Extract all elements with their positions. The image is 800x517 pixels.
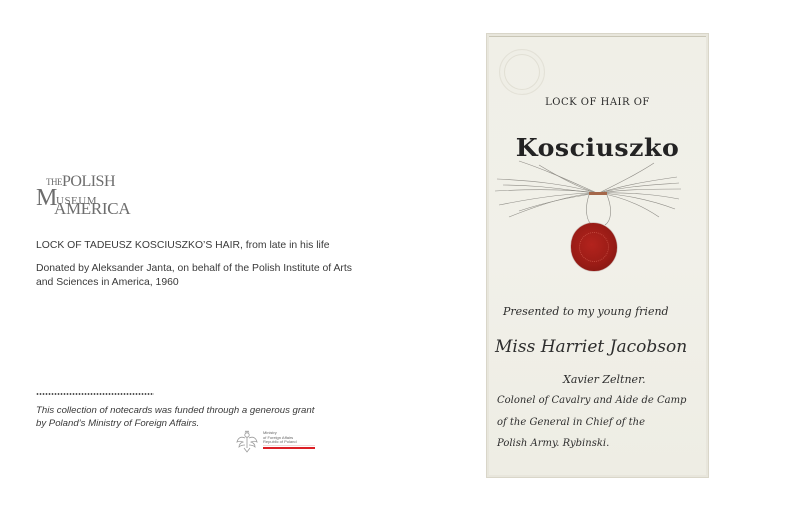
inscription-line: Xavier Zeltner. xyxy=(563,373,646,386)
logo-line-america: AMERICA xyxy=(54,200,130,217)
artifact-heading-small: LOCK OF HAIR OF xyxy=(489,97,706,108)
funding-note: This collection of notecards was funded … xyxy=(36,404,316,430)
artifact-document: LOCK OF HAIR OF Kosciuszko xyxy=(489,36,706,475)
inscription-line: Presented to my young friend xyxy=(503,305,669,318)
polish-eagle-icon xyxy=(236,430,258,454)
polish-museum-logo: THEPOLISH MUSEUM AMERICA xyxy=(36,174,126,224)
inscription-line: Polish Army. Rybinski. xyxy=(497,438,609,449)
inscription-line: Colonel of Cavalry and Aide de Camp xyxy=(497,395,686,406)
ministry-logo-bar-red xyxy=(263,447,315,449)
ministry-logo-text: Ministry of Foreign Affairs Republic of … xyxy=(263,431,297,445)
lock-of-hair-icon xyxy=(489,155,706,225)
wax-seal-icon xyxy=(571,223,617,271)
dotted-divider xyxy=(36,393,154,395)
inscription-line: of the General in Chief of the xyxy=(497,417,645,428)
artifact-title: LOCK OF TADEUSZ KOSCIUSZKO’S HAIR, from … xyxy=(36,240,330,251)
ministry-foreign-affairs-logo: Ministry of Foreign Affairs Republic of … xyxy=(236,430,318,454)
donation-credit: Donated by Aleksander Janta, on behalf o… xyxy=(36,262,356,290)
ministry-logo-bar-light xyxy=(263,445,315,446)
inscription-line: Miss Harriet Jacobson xyxy=(495,337,687,357)
artifact-photo-frame: LOCK OF HAIR OF Kosciuszko xyxy=(486,33,709,478)
embossed-stamp-icon xyxy=(499,49,545,95)
